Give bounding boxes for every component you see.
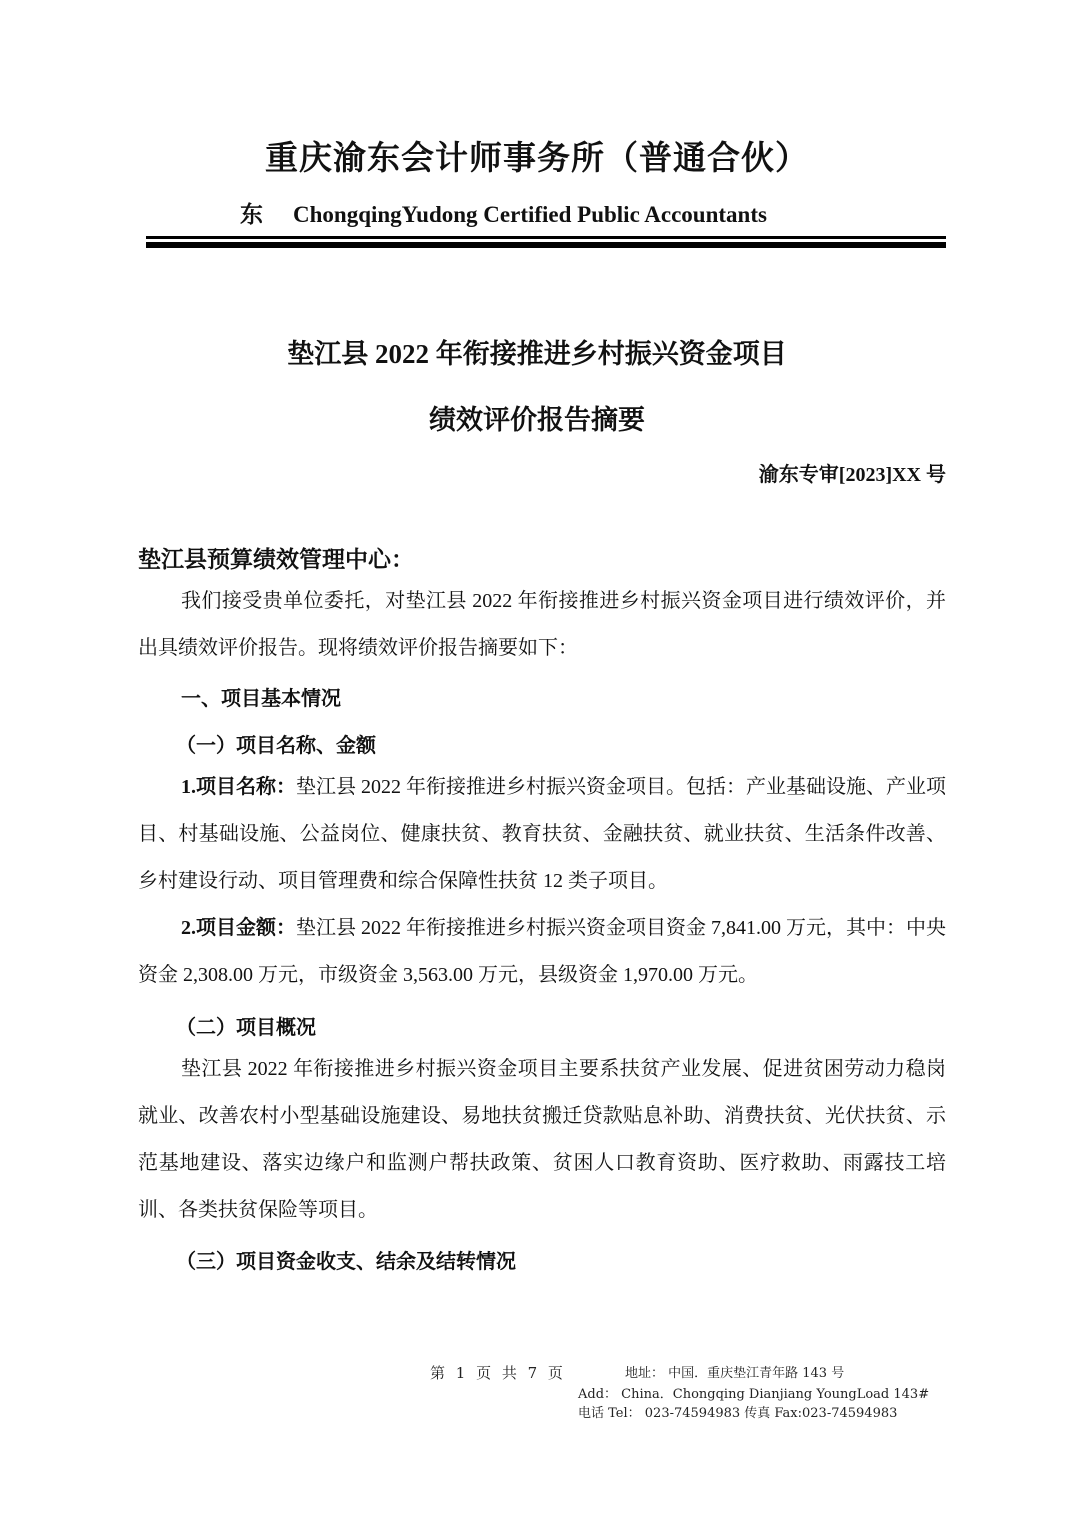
- section-heading-1: 一、项目基本情况: [181, 682, 341, 711]
- firm-name-en: 东ChongqingYudong Certified Public Accoun…: [240, 196, 767, 229]
- letterhead-rule-thick: [146, 242, 946, 248]
- subsection-heading-2: （二）项目概况: [176, 1011, 316, 1040]
- footer-address-cn: 地址： 中国．重庆垫江青年路 143 号: [625, 1362, 844, 1381]
- firm-logo-glyph: 东: [240, 202, 263, 227]
- document-number: 渝东专审[2023]XX 号: [759, 458, 946, 487]
- letterhead-rule-thin: [146, 236, 946, 239]
- project-amount-label: 2.项目金额：: [181, 917, 296, 939]
- project-name-paragraph: 1.项目名称：垫江县 2022 年衔接推进乡村振兴资金项目。包括：产业基础设施、…: [138, 764, 946, 905]
- subsection-heading-3: （三）项目资金收支、结余及结转情况: [176, 1245, 516, 1274]
- subsection-heading-1: （一）项目名称、金额: [176, 729, 376, 758]
- project-overview-paragraph: 垫江县 2022 年衔接推进乡村振兴资金项目主要系扶贫产业发展、促进贫困劳动力稳…: [138, 1046, 946, 1234]
- footer-contact: 电话 Tel： 023-74594983 传真 Fax:023-74594983: [578, 1402, 897, 1421]
- report-title-line1: 垫江县 2022 年衔接推进乡村振兴资金项目: [0, 332, 1074, 371]
- firm-name-en-text: ChongqingYudong Certified Public Account…: [293, 202, 767, 227]
- firm-name-cn: 重庆渝东会计师事务所（普通合伙）: [0, 132, 1074, 179]
- project-name-label: 1.项目名称：: [181, 776, 296, 798]
- footer-address-en: Add： China．Chongqing Dianjiang YoungLoad…: [578, 1383, 929, 1402]
- report-title-line2: 绩效评价报告摘要: [0, 398, 1074, 437]
- project-amount-paragraph: 2.项目金额：垫江县 2022 年衔接推进乡村振兴资金项目资金 7,841.00…: [138, 905, 946, 999]
- page-indicator: 第 1 页 共 7 页: [430, 1362, 563, 1383]
- intro-paragraph: 我们接受贵单位委托，对垫江县 2022 年衔接推进乡村振兴资金项目进行绩效评价，…: [138, 578, 946, 672]
- addressee: 垫江县预算绩效管理中心：: [138, 541, 414, 574]
